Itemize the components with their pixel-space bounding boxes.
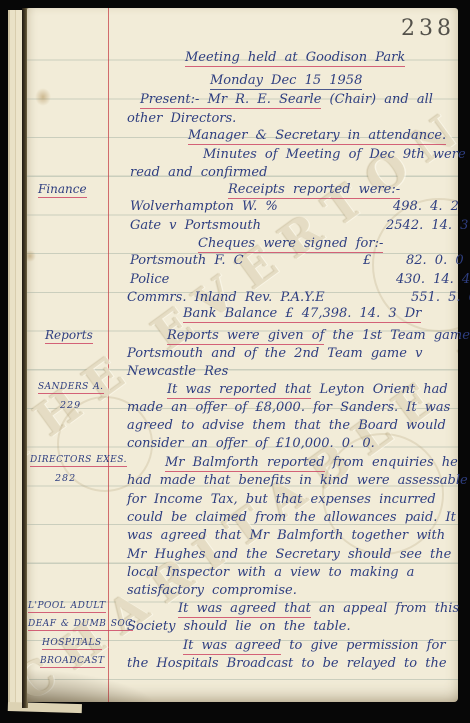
body-text: Society should lie on the table. — [127, 619, 351, 634]
minutes-content: Meeting held at Goodison Park Monday Dec… — [0, 0, 470, 723]
margin-note-reports: Reports — [45, 328, 93, 344]
cheque-amount: 551. 5. 0 — [411, 290, 470, 305]
minutes-line: DIRECTORS EXES.Mr Balmforth reported fro… — [0, 455, 470, 475]
minutes-line: Monday Dec 15 1958 — [0, 73, 470, 93]
body-text: for Income Tax, but that expenses incurr… — [127, 492, 436, 507]
body-rest: to give permission for — [281, 638, 445, 653]
body-text: Mr Hughes and the Secretary should see t… — [127, 547, 451, 562]
cheques-heading: Cheques were signed for:- — [198, 236, 383, 253]
cheque-item: Commrs. Inland Rev. P.A.Y.E — [127, 290, 325, 305]
minutes-line: SANDERS A.It was reported that Leyton Or… — [0, 382, 470, 402]
body-text: satisfactory compromise. — [127, 583, 297, 598]
minutes-line: Meeting held at Goodison Park — [0, 50, 470, 70]
minutes-line: Manager & Secretary in attendance. — [0, 128, 470, 148]
margin-note-broadcast: BROADCAST — [40, 656, 105, 668]
margin-note-finance: Finance — [38, 182, 87, 198]
body-text: Mr Balmforth reported from enquiries he — [165, 455, 458, 470]
body-text: It was agreed that an appeal from this — [178, 601, 459, 616]
body-rest: Leyton Orient had — [311, 382, 447, 397]
present-line: Present:- Mr R. E. Searle (Chair) and al… — [140, 92, 433, 107]
minutes-line: agreed to advise them that the Board wou… — [0, 418, 470, 438]
body-text: Reports were given of the 1st Team game … — [167, 328, 470, 343]
heading-meeting-date: Monday Dec 15 1958 — [210, 73, 362, 90]
minutes-line: could be claimed from the allowances pai… — [0, 510, 470, 530]
receipt-item: Wolverhampton W. % — [130, 199, 278, 214]
minutes-line: DEAF & DUMB SOCSociety should lie on the… — [0, 619, 470, 639]
body-text: the Hospitals Broadcast to be relayed to… — [127, 656, 447, 671]
body-text: other Directors. — [127, 111, 236, 126]
body-text: agreed to advise them that the Board wou… — [127, 418, 446, 433]
minutes-line: for Income Tax, but that expenses incurr… — [0, 492, 470, 512]
cheque-item: Portsmouth F. C — [130, 253, 244, 268]
minutes-line: Mr Hughes and the Secretary should see t… — [0, 547, 470, 567]
body-text: consider an offer of £10,000. 0. 0. — [127, 436, 375, 451]
margin-minute-number: 282 — [55, 473, 76, 485]
minutes-line: 282had made that benefits in kind were a… — [0, 473, 470, 493]
minutes-line: Bank Balance £ 47,398. 14. 3 Dr — [0, 306, 470, 326]
underlined-phrase: It was agreed that — [178, 601, 311, 618]
body-rest: the 1st Team game v — [324, 328, 470, 343]
body-text: could be claimed from the allowances pai… — [127, 510, 456, 525]
minutes-line: Gate v Portsmouth2542. 14. 3 — [0, 218, 470, 238]
minutes-line: satisfactory compromise. — [0, 583, 470, 603]
receipts-heading: Receipts reported were:- — [228, 182, 400, 199]
minutes-line: L'POOL ADULTIt was agreed that an appeal… — [0, 601, 470, 621]
body-text: had made that benefits in kind were asse… — [127, 473, 468, 488]
body-text: Newcastle Res — [127, 364, 228, 379]
body-text: local Inspector with a view to making a — [127, 565, 414, 580]
margin-note-deaf-dumb-soc: DEAF & DUMB SOC — [28, 619, 133, 631]
cheque-item: Police — [130, 272, 169, 287]
body-text: read and confirmed — [130, 165, 267, 180]
receipt-amount: 498. 4. 2 — [393, 199, 459, 214]
minutes-line: Minutes of Meeting of Dec 9th were — [0, 147, 470, 167]
underlined-phrase: Reports were given of — [167, 328, 324, 345]
attendance-line: Manager & Secretary in attendance. — [188, 128, 446, 145]
body-text: Minutes of Meeting of Dec 9th were — [203, 147, 466, 162]
body-text: Portsmouth and of the 2nd Team game v — [127, 346, 422, 361]
body-text: It was agreed to give permission for — [183, 638, 446, 653]
minutes-line: consider an offer of £10,000. 0. 0. — [0, 436, 470, 456]
present-rest: (Chair) and all — [321, 92, 433, 107]
minutes-line: Portsmouth F. C£82. 0. 0 — [0, 253, 470, 273]
body-rest: from enquiries he — [325, 455, 458, 470]
minutes-line: was agreed that Mr Balmforth together wi… — [0, 528, 470, 548]
minutes-line: Police430. 14. 4 — [0, 272, 470, 292]
minutes-line: Newcastle Res — [0, 364, 470, 384]
minutes-line: ReportsReports were given of the 1st Tea… — [0, 328, 470, 348]
minutes-line: 229made an offer of £8,000. for Sanders.… — [0, 400, 470, 420]
minutes-line: Present:- Mr R. E. Searle (Chair) and al… — [0, 92, 470, 112]
body-text: made an offer of £8,000. for Sanders. It… — [127, 400, 450, 415]
body-text: It was reported that Leyton Orient had — [167, 382, 448, 397]
pound-sign: £ — [363, 253, 371, 268]
minutes-line: HOSPITALSIt was agreed to give permissio… — [0, 638, 470, 658]
minutes-line: Portsmouth and of the 2nd Team game v — [0, 346, 470, 366]
margin-minute-number: 229 — [60, 400, 81, 412]
minutes-line: Wolverhampton W. %498. 4. 2 — [0, 199, 470, 219]
underlined-phrase: Mr Balmforth reported — [165, 455, 325, 472]
ledger-photo: THE EVERTON COLL CHARITABLE TRUST 238 Me… — [0, 0, 470, 723]
margin-note-lpool-adult: L'POOL ADULT — [28, 601, 106, 613]
margin-note-hospitals: HOSPITALS — [42, 638, 102, 650]
bank-balance-line: Bank Balance £ 47,398. 14. 3 Dr — [183, 306, 421, 323]
cheque-amount: 82. 0. 0 — [406, 253, 464, 268]
underlined-phrase: It was reported that — [167, 382, 311, 399]
receipt-item: Gate v Portsmouth — [130, 218, 261, 233]
margin-note-directors-exes: DIRECTORS EXES. — [30, 455, 127, 467]
underlined-phrase: It was agreed — [183, 638, 281, 655]
minutes-line: local Inspector with a view to making a — [0, 565, 470, 585]
receipt-amount: 2542. 14. 3 — [386, 218, 468, 233]
minutes-line: BROADCASTthe Hospitals Broadcast to be r… — [0, 656, 470, 676]
present-underlined: Present:- Mr R. E. Searle — [140, 92, 321, 109]
body-text: was agreed that Mr Balmforth together wi… — [127, 528, 445, 543]
heading-meeting-place: Meeting held at Goodison Park — [185, 50, 405, 67]
cheque-amount: 430. 14. 4 — [396, 272, 470, 287]
margin-note-sanders: SANDERS A. — [38, 382, 104, 394]
body-rest: an appeal from this — [311, 601, 459, 616]
